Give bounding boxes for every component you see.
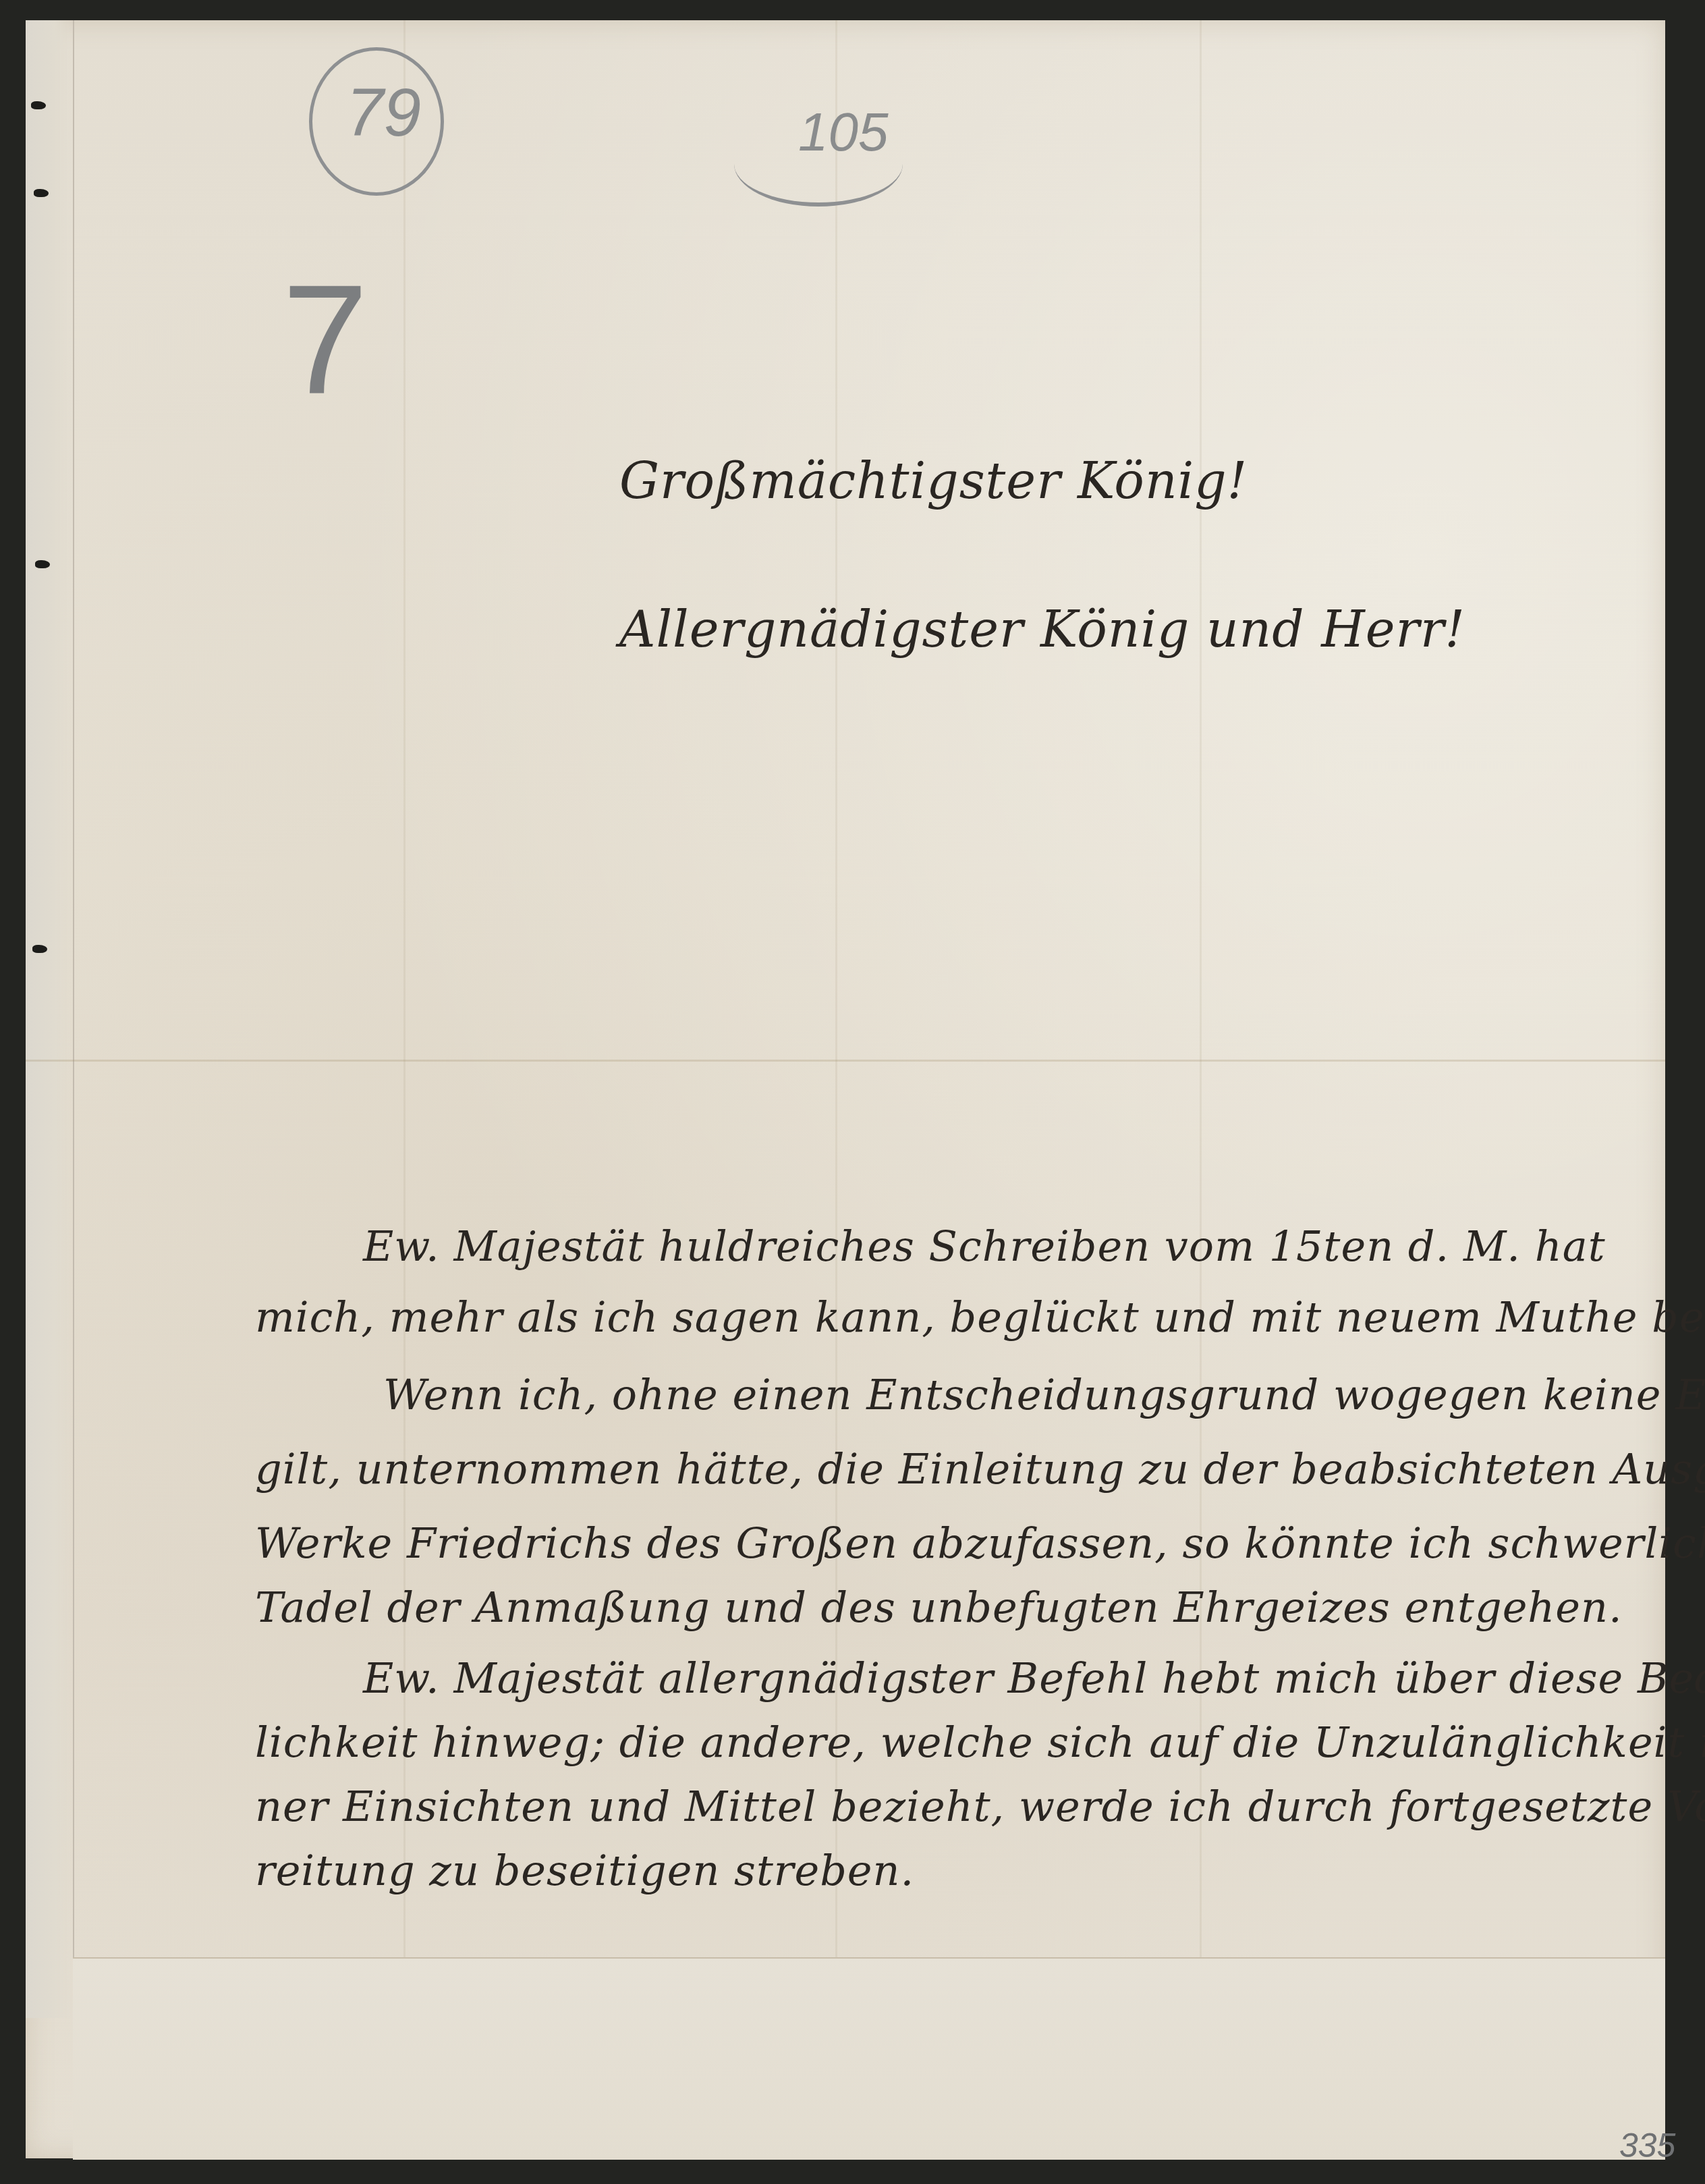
paper-fold <box>26 1060 1665 1062</box>
salutation-line-2: Allergnädigster König und Herr! <box>619 601 1465 659</box>
body-line: Werke Friedrichs des Großen abzufassen, … <box>255 1519 1705 1568</box>
body-line: Tadel der Anmaßung und des unbefugten Eh… <box>255 1583 1623 1632</box>
letter-page: 79 105 7 Großmächtigster König! Allergnä… <box>26 20 1665 2158</box>
binding-hole-icon <box>31 101 46 109</box>
paper-fold <box>1200 20 1202 2158</box>
folio-number: 335 <box>1619 2126 1675 2165</box>
body-line: Ew. Majestät huldreiches Schreiben vom 1… <box>363 1222 1606 1271</box>
large-pencil-number: 7 <box>282 250 368 429</box>
body-line: mich, mehr als ich sagen kann, beglückt … <box>255 1292 1705 1342</box>
body-line: lichkeit hinweg; die andere, welche sich… <box>255 1718 1705 1767</box>
circled-number: 79 <box>346 74 421 152</box>
binding-strip <box>26 20 74 2018</box>
body-line: Wenn ich, ohne einen Entscheidungsgrund … <box>383 1370 1705 1419</box>
binding-hole-icon <box>32 945 47 953</box>
body-line: Ew. Majestät allergnädigster Befehl hebt… <box>363 1654 1705 1703</box>
paper-fold <box>403 20 406 2158</box>
number-arc-mark <box>734 121 903 207</box>
binding-hole-icon <box>35 560 50 568</box>
paper-fold <box>835 20 837 2158</box>
body-line: ner Einsichten und Mittel bezieht, werde… <box>255 1782 1705 1831</box>
binding-hole-icon <box>34 189 49 197</box>
salutation-line-1: Großmächtigster König! <box>619 452 1248 510</box>
body-line: reitung zu beseitigen streben. <box>255 1846 914 1895</box>
bottom-flap <box>73 1957 1665 2160</box>
body-line: gilt, unternommen hätte, die Einleitung … <box>255 1444 1705 1494</box>
